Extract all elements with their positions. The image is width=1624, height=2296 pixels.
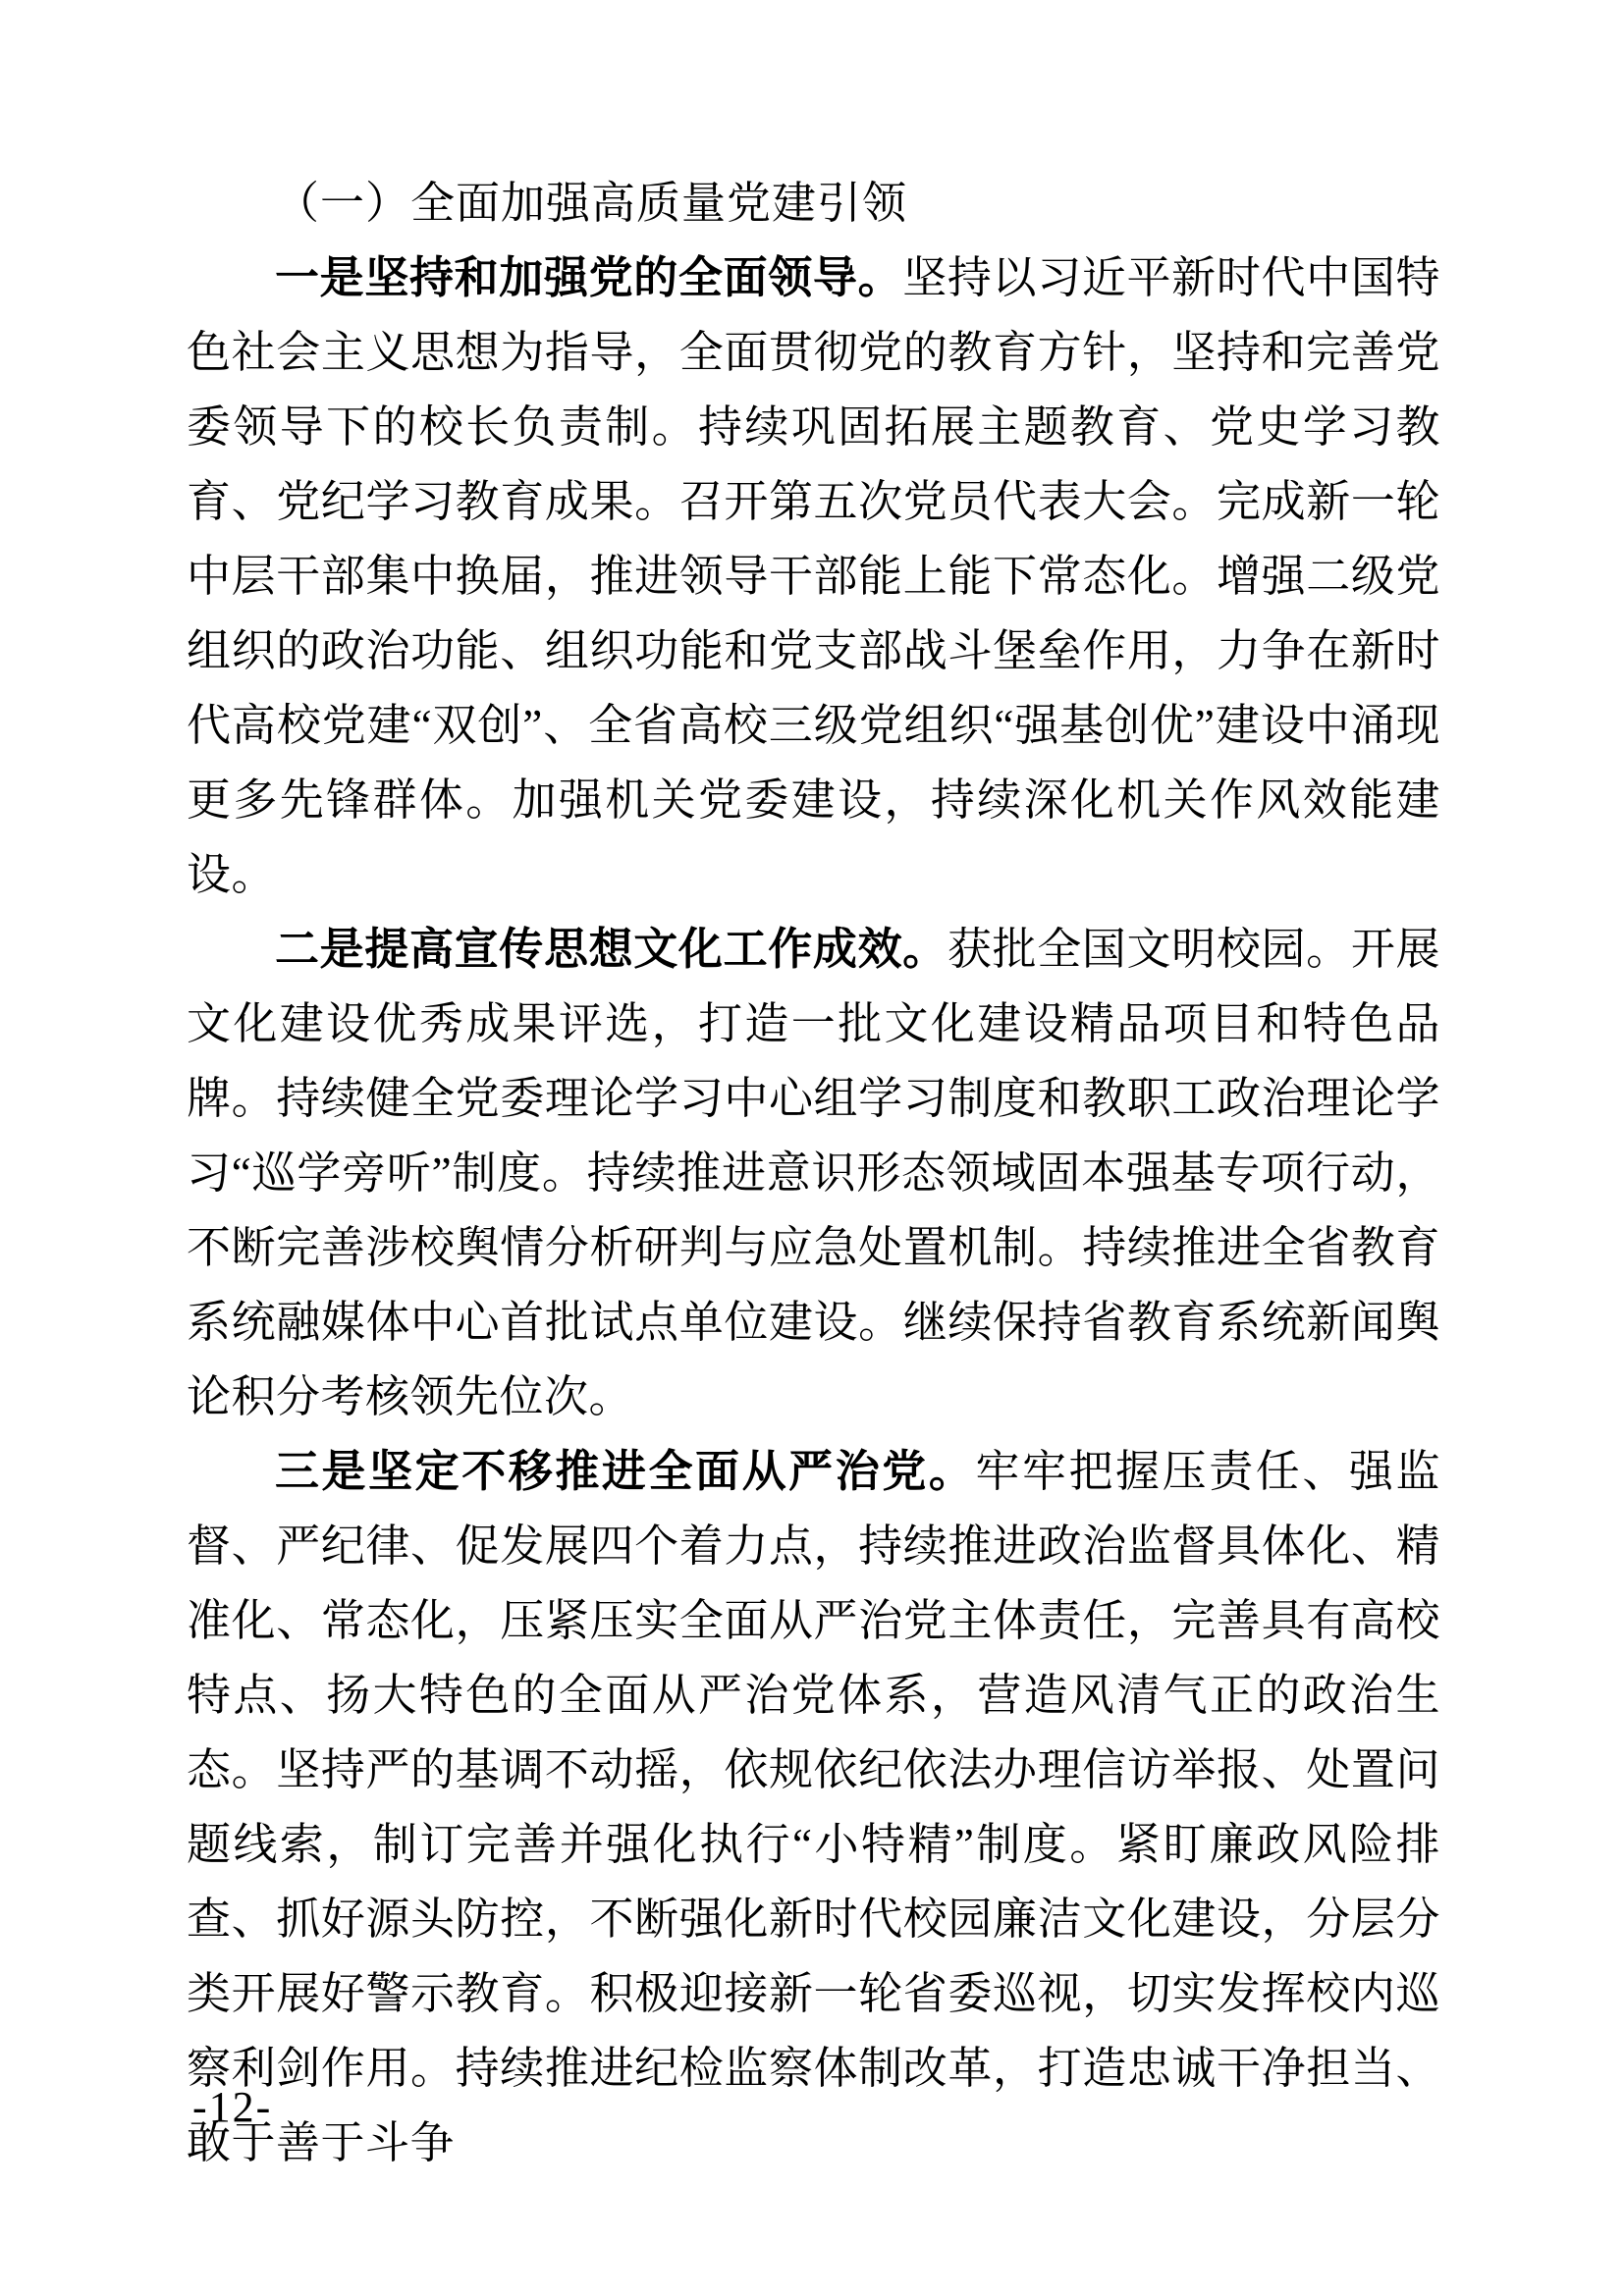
document-body: （一）全面加强高质量党建引领 一是坚持和加强党的全面领导。坚持以习近平新时代中国… bbox=[187, 166, 1440, 2180]
section-heading: （一）全面加强高质量党建引领 bbox=[187, 166, 1440, 240]
paragraph-2: 二是提高宣传思想文化工作成效。获批全国文明校园。开展文化建设优秀成果评选，打造一… bbox=[187, 912, 1440, 1434]
paragraph-3-text: 牢牢把握压责任、强监督、严纪律、促发展四个着力点，持续推进政治监督具体化、精准化… bbox=[187, 1447, 1440, 2167]
paragraph-3: 三是坚定不移推进全面从严治党。牢牢把握压责任、强监督、严纪律、促发展四个着力点，… bbox=[187, 1434, 1440, 2180]
paragraph-1-text: 坚持以习近平新时代中国特色社会主义思想为指导，全面贯彻党的教育方针，坚持和完善党… bbox=[187, 253, 1440, 899]
paragraph-2-lead: 二是提高宣传思想文化工作成效。 bbox=[275, 925, 947, 974]
paragraph-1-lead: 一是坚持和加强党的全面领导。 bbox=[275, 253, 902, 302]
paragraph-3-lead: 三是坚定不移推进全面从严治党。 bbox=[275, 1447, 975, 1496]
paragraph-1: 一是坚持和加强党的全面领导。坚持以习近平新时代中国特色社会主义思想为指导，全面贯… bbox=[187, 240, 1440, 912]
paragraph-2-text: 获批全国文明校园。开展文化建设优秀成果评选，打造一批文化建设精品项目和特色品牌。… bbox=[187, 925, 1440, 1421]
page-number: -12- bbox=[192, 2083, 272, 2132]
document-page: （一）全面加强高质量党建引领 一是坚持和加强党的全面领导。坚持以习近平新时代中国… bbox=[0, 0, 1624, 2296]
